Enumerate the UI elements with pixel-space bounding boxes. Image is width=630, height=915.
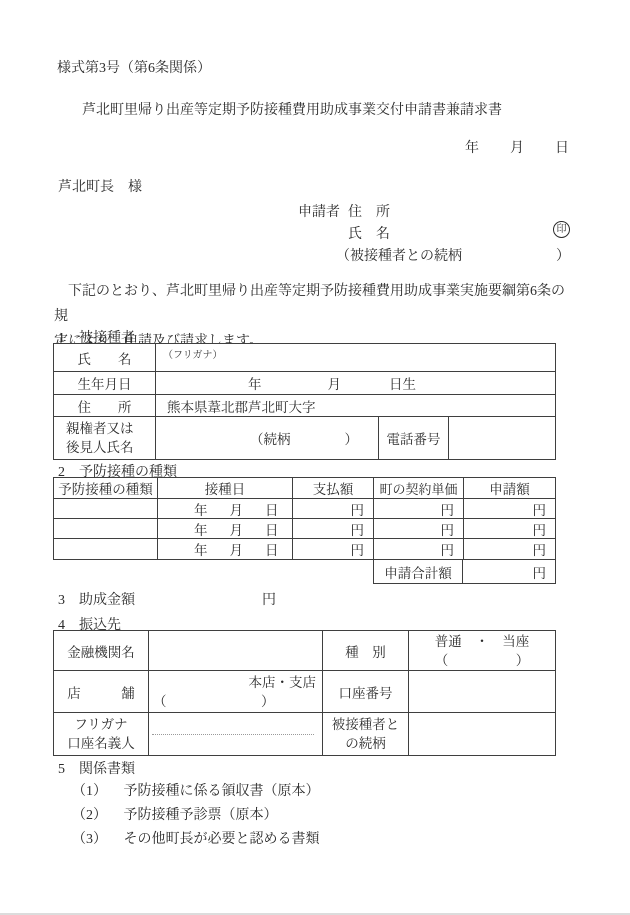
insured-birth-field: 年 月 日生	[156, 372, 555, 395]
document-item-num: （2）	[72, 808, 107, 823]
insured-address-value: 熊本県葦北郡芦北町大字	[156, 395, 555, 417]
vt-row-type-field	[54, 539, 158, 559]
vt-month-label: 月	[230, 539, 244, 559]
section-heading-documents: 5 関係書類	[58, 758, 135, 778]
section-heading-subsidy: 3 助成金額	[58, 589, 135, 609]
account-type-label: 種 別	[323, 631, 409, 671]
page-title: 芦北町里帰り出産等定期予防接種費用助成事業交付申請書兼請求書	[0, 99, 584, 119]
account-type-field: 普通 ・ 当座 （ ）	[409, 631, 555, 671]
holder-relation-label-line1: 被接種者と	[332, 715, 400, 734]
date-month-label: 月	[510, 137, 524, 157]
vt-year-label: 年	[194, 519, 208, 539]
addressee: 芦北町長 様	[58, 176, 142, 196]
holder-name-label: 口座名義人	[67, 734, 135, 753]
account-type-options: 普通 ・ 当座	[435, 632, 530, 651]
document-item-num: （1）	[72, 784, 107, 799]
vt-header-type: 予防接種の種類	[54, 478, 158, 499]
insured-name-field: （フリガナ）	[156, 344, 555, 372]
vt-month-label: 月	[230, 499, 244, 519]
vt-paid-field: 円	[293, 499, 374, 519]
phone-field	[449, 417, 555, 459]
document-item: （2） 予防接種予診票（原本）	[72, 804, 278, 824]
date-line: 年 月 日	[465, 137, 569, 157]
vt-row-type-field	[54, 519, 158, 539]
phone-label: 電話番号	[379, 417, 449, 459]
document-item-text: 予防接種に係る領収書（原本）	[124, 784, 320, 799]
guardian-label: 親権者又は 後見人氏名	[54, 417, 156, 459]
vaccination-total-row: 申請合計額 円	[373, 560, 556, 584]
guardian-relation-field: （続柄 ）	[156, 417, 379, 459]
account-number-label: 口座番号	[323, 671, 409, 713]
vt-claim-field: 円	[464, 499, 555, 519]
date-day-label: 日	[555, 137, 569, 157]
vt-total-label: 申請合計額	[373, 560, 463, 584]
insured-table: 氏 名 （フリガナ） 生年月日 年 月 日生 住 所 熊本県葦北郡芦北町大字 親…	[53, 343, 556, 460]
applicant-name-label: 氏 名	[348, 223, 390, 243]
form-page: 様式第3号（第6条関係） 芦北町里帰り出産等定期予防接種費用助成事業交付申請書兼…	[0, 0, 630, 915]
birth-month-label: 月	[328, 373, 342, 393]
guardian-label-line2: 後見人氏名	[66, 438, 134, 457]
vt-header-paid: 支払額	[293, 478, 374, 499]
vt-header-date: 接種日	[158, 478, 293, 499]
transfer-table: 金融機関名 種 別 普通 ・ 当座 （ ） 店 舗 本店・支店 （ ） 口座番号…	[53, 630, 556, 756]
vt-row-date-field: 年 月 日	[158, 539, 293, 559]
birth-year-label: 年	[248, 373, 262, 393]
branch-parens: （ ）	[149, 692, 322, 711]
relation-note-close: ）	[556, 245, 570, 265]
insured-birth-label: 生年月日	[54, 372, 156, 395]
account-type-parens: （ ）	[435, 651, 530, 670]
vt-unitprice-field: 円	[374, 499, 464, 519]
branch-field: 本店・支店 （ ）	[149, 671, 323, 713]
relation-note-open: （被接種者との続柄	[336, 249, 462, 264]
insured-address-label: 住 所	[54, 395, 156, 417]
seal-icon: 印	[553, 221, 570, 238]
vt-day-label: 日	[265, 539, 279, 559]
vt-claim-field: 円	[464, 519, 555, 539]
document-item: （3） その他町長が必要と認める書類	[72, 828, 320, 848]
document-item-text: その他町長が必要と認める書類	[124, 832, 320, 847]
applicant-label: 申請者	[298, 201, 340, 221]
holder-field	[149, 713, 323, 755]
date-year-label: 年	[465, 137, 479, 157]
holder-label: フリガナ 口座名義人	[54, 713, 149, 755]
branch-label: 店 舗	[54, 671, 149, 713]
insured-name-label: 氏 名	[54, 344, 156, 372]
vt-day-label: 日	[265, 499, 279, 519]
account-number-field	[409, 671, 555, 713]
vt-row-date-field: 年 月 日	[158, 499, 293, 519]
vt-day-label: 日	[265, 519, 279, 539]
guardian-label-line1: 親権者又は	[66, 419, 134, 438]
form-number: 様式第3号（第6条関係）	[57, 57, 211, 77]
vt-total-field: 円	[463, 560, 556, 584]
vt-month-label: 月	[230, 519, 244, 539]
vt-year-label: 年	[194, 539, 208, 559]
document-item-num: （3）	[72, 832, 107, 847]
bank-name-field	[149, 631, 323, 671]
applicant-relation-note: （被接種者との続柄	[336, 245, 462, 265]
vt-unitprice-field: 円	[374, 519, 464, 539]
vt-header-unitprice: 町の契約単価	[374, 478, 464, 499]
branch-options: 本店・支店	[149, 673, 322, 692]
applicant-address-label: 住 所	[348, 201, 390, 221]
vt-unitprice-field: 円	[374, 539, 464, 559]
body-paragraph-line1: 下記のとおり、芦北町里帰り出産等定期予防接種費用助成事業実施要綱第6条の規	[54, 279, 578, 329]
subsidy-unit: 円	[262, 589, 276, 609]
vt-paid-field: 円	[293, 539, 374, 559]
vt-header-claim: 申請額	[464, 478, 555, 499]
holder-relation-label: 被接種者と の続柄	[323, 713, 409, 755]
vt-claim-field: 円	[464, 539, 555, 559]
document-item-text: 予防接種予診票（原本）	[124, 808, 278, 823]
birth-day-label: 日生	[389, 373, 416, 393]
vt-year-label: 年	[194, 499, 208, 519]
holder-furigana-label: フリガナ	[74, 715, 127, 734]
vt-paid-field: 円	[293, 519, 374, 539]
holder-relation-field	[409, 713, 555, 755]
bank-name-label: 金融機関名	[54, 631, 149, 671]
furigana-note: （フリガナ）	[156, 344, 223, 361]
document-item: （1） 予防接種に係る領収書（原本）	[72, 780, 320, 800]
vt-row-type-field	[54, 499, 158, 519]
vaccination-table: 予防接種の種類 接種日 支払額 町の契約単価 申請額 年 月 日 円 円 円 年…	[53, 477, 556, 560]
vt-row-date-field: 年 月 日	[158, 519, 293, 539]
holder-relation-label-line2: の続柄	[345, 734, 386, 753]
furigana-divider-rule	[152, 734, 314, 735]
